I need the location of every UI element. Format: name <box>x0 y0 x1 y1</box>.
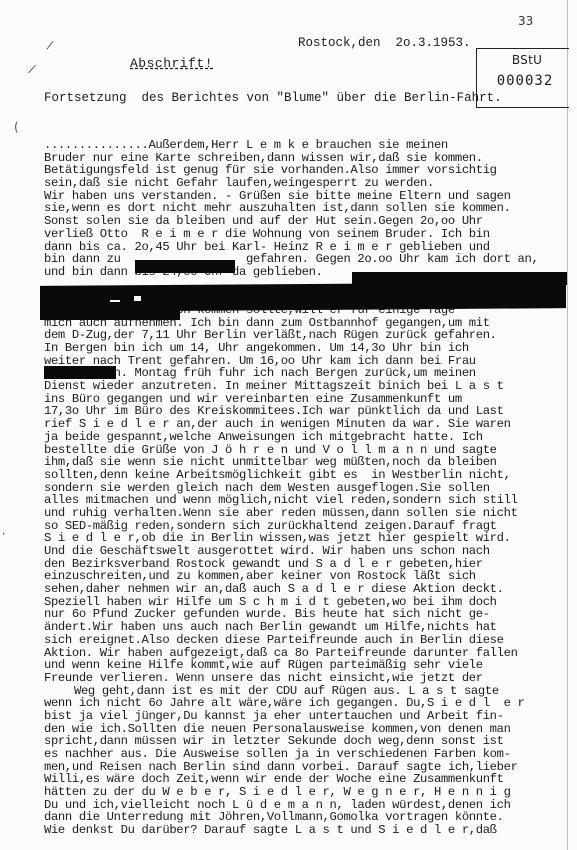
body-line: sich ereignet.Also decken diese Parteifr… <box>44 634 564 647</box>
body-line: und wenn keine Hilfe kommt,wie auf Rügen… <box>44 659 564 672</box>
redaction-bar <box>40 308 180 320</box>
redaction-speck <box>134 296 141 301</box>
body-line: hätten zu der du W e b e r, S i e d l e … <box>44 786 564 799</box>
redaction-speck <box>110 300 120 302</box>
margin-tick-mark: / <box>27 62 37 76</box>
body-line: sehen,daher nehmen wir an,daß auch S a d… <box>44 583 564 596</box>
body-line: Und die Geschäftswelt ausgerottet wird. … <box>44 545 564 558</box>
body-line: verließ Otto R e i m e r die Wohnung von… <box>44 228 564 241</box>
document-date: Rostock,den 2o.3.1953. <box>298 36 471 50</box>
body-line: ja beide gespannt,welche Anweisungen ich… <box>44 431 564 444</box>
body-line: Wie denkst Du darüber? Darauf sagte L a … <box>44 824 564 837</box>
body-line: In Bergen bin ich um 14, Uhr angekommen.… <box>44 342 564 355</box>
body-line: ...............Außerdem,Herr L e m k e b… <box>44 139 564 152</box>
body-line: Freunde verlieren. Wenn unsere das nicht… <box>44 672 564 685</box>
stamp-number: 000032 <box>481 73 569 89</box>
margin-tick-mark: ( <box>14 120 19 134</box>
body-line: bist ja viel jünger,Du kannst ja eher un… <box>44 710 564 723</box>
body-line: und ruhig verhalten.Wenn sie aber reden … <box>44 507 564 520</box>
body-line: sein,daß sie nicht Gefahr laufen,weinges… <box>44 177 564 190</box>
margin-tick-mark: / <box>46 38 55 53</box>
redaction-bar <box>44 366 116 379</box>
margin-tick-mark: , <box>2 526 5 537</box>
body-line: sollten,denn keine Arbeitsmöglichkeit gi… <box>44 469 564 482</box>
body-line: Sonst solen sie da bleiben und auf der H… <box>44 215 564 228</box>
body-line: ändert.Wir haben uns auch nach Berlin ge… <box>44 621 564 634</box>
body-line: Dienst wieder anzutreten. In meiner Mitt… <box>44 380 564 393</box>
body-line: es nachher aus. Die Ausweise sollen ja i… <box>44 748 564 761</box>
document-subject: Fortsetzung des Berichtes von "Blume" üb… <box>44 91 502 105</box>
stamp-label: BStU <box>485 53 569 67</box>
redaction-bar <box>135 260 235 273</box>
body-line: ihm,daß sie wenn sie nicht unmittelbar w… <box>44 456 564 469</box>
document-title: Abschrift! <box>130 56 213 71</box>
report-body: ...............Außerdem,Herr L e m k e b… <box>44 139 564 837</box>
body-line: bin dann zu gefahren. Gegen 2o.oo Uhr ka… <box>44 253 564 266</box>
document-page: 33 / / ( , Rostock,den 2o.3.1953. BStU 0… <box>0 0 577 850</box>
page-mark: 33 <box>518 14 533 28</box>
page-edge-line <box>567 0 568 850</box>
body-line: rief S i e d l e r an,der auch in wenige… <box>44 418 564 431</box>
